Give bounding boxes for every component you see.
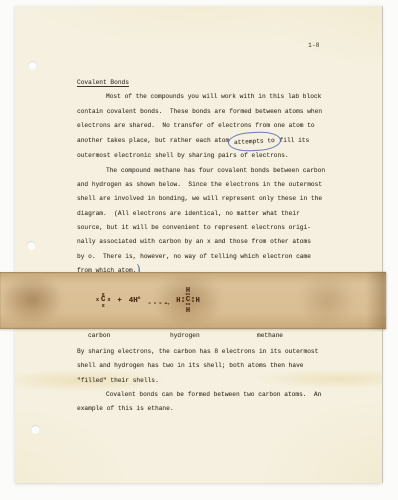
methane-left-h: H bbox=[176, 298, 180, 304]
text-line: outermost electronic shell by sharing pa… bbox=[77, 149, 339, 163]
hydrogen-electron-o: o bbox=[138, 296, 141, 301]
text-line: "filled" their shells. bbox=[77, 374, 339, 388]
page-number: 1-8 bbox=[308, 42, 320, 49]
text-line: contain covalent bonds. These bonds are … bbox=[77, 105, 339, 119]
methane-right-h: H bbox=[196, 298, 200, 304]
hydrogen-term: 4Ho bbox=[129, 296, 141, 305]
text-line: source, but it will be convenient to rep… bbox=[77, 221, 339, 235]
electron-x-bottom: x bbox=[102, 304, 105, 308]
upper-text-block: Covalent Bonds Most of the compounds you… bbox=[77, 76, 339, 278]
electron-mark: o bbox=[182, 301, 184, 304]
methane-bottom-h: H bbox=[186, 308, 190, 314]
electron-pair-right: ox bbox=[192, 298, 194, 304]
text-segment: another takes place, but rather each ato… bbox=[77, 137, 233, 144]
punch-hole-middle bbox=[27, 241, 36, 250]
tape-stain-right bbox=[298, 273, 356, 327]
tape-stain-left bbox=[0, 274, 64, 326]
scanned-document-page: 1-8 Covalent Bonds Most of the compounds… bbox=[0, 0, 398, 500]
carbon-atom-diagram: x x C x x bbox=[96, 293, 111, 308]
plus-sign: + bbox=[118, 297, 122, 305]
paper-sheet: 1-8 Covalent Bonds Most of the compounds… bbox=[15, 6, 382, 483]
text-line: and hydrogen as shown below. Since the e… bbox=[77, 178, 339, 192]
taped-strip-with-equation: x x C x x + 4Ho ----→ H ox H xo C ox bbox=[0, 272, 386, 329]
section-heading-text: Covalent Bonds bbox=[77, 79, 129, 86]
hydrogen-coefficient: 4H bbox=[129, 297, 138, 305]
reaction-arrow: ----→ bbox=[147, 292, 169, 310]
equation-label-hydrogen: hydrogen bbox=[170, 332, 200, 339]
punch-hole-top bbox=[28, 61, 37, 70]
section-heading: Covalent Bonds bbox=[77, 76, 339, 90]
electron-mark: x bbox=[192, 301, 194, 304]
tape-stain-right-edge bbox=[366, 272, 386, 329]
text-line: by o. There is, however, no way of telli… bbox=[77, 250, 339, 264]
text-line: shell are involved in bonding, we will r… bbox=[77, 192, 339, 206]
electron-pair-left: xo bbox=[182, 298, 184, 304]
text-line: nally associated with carbon by an x and… bbox=[77, 235, 339, 249]
lower-text-block: By sharing electrons, the carbon has 8 e… bbox=[77, 345, 339, 416]
methane-formation-equation: x x C x x + 4Ho ----→ H ox H xo C ox bbox=[96, 272, 200, 329]
text-line: electrons are shared. No transfer of ele… bbox=[77, 119, 339, 133]
methane-molecule-diagram: H ox H xo C ox H xo H bbox=[176, 288, 199, 314]
arrow-head: → bbox=[165, 300, 169, 308]
text-line: The compound methane has four covalent b… bbox=[77, 164, 339, 178]
text-line: Most of the compounds you will work with… bbox=[77, 90, 339, 104]
equation-label-carbon: carbon bbox=[88, 332, 110, 339]
text-line-with-pen-circle: another takes place, but rather each ato… bbox=[77, 133, 339, 149]
text-line: example of this is ethane. bbox=[77, 402, 339, 416]
electron-x-left: x bbox=[96, 297, 99, 304]
text-line: diagram. (All electrons are identical, n… bbox=[77, 207, 339, 221]
equation-label-methane: methane bbox=[257, 332, 283, 339]
text-line: shell and hydrogen has two in its shell;… bbox=[77, 359, 339, 373]
text-line: Covalent bonds can be formed between two… bbox=[77, 388, 339, 402]
punch-hole-bottom bbox=[31, 425, 40, 434]
electron-x-right: x bbox=[108, 297, 111, 304]
text-line: By sharing electrons, the carbon has 8 e… bbox=[77, 345, 339, 359]
